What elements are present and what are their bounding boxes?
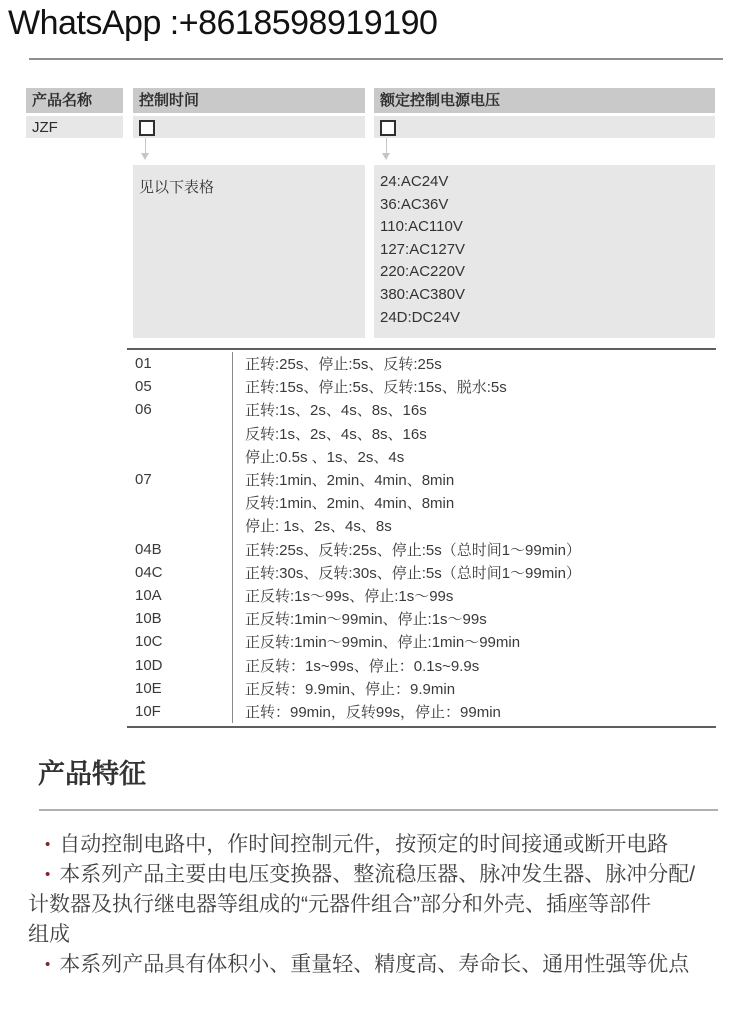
- time-code: [127, 445, 233, 468]
- feature-text: 自动控制电路中，作时间控制元件，按预定的时间接通或断开电路: [59, 833, 668, 856]
- time-description: 正转:1s、2s、4s、8s、16s: [233, 398, 427, 421]
- time-description: 正反转:1s～99s、停止:1s～99s: [233, 584, 453, 607]
- time-code: 10C: [127, 630, 233, 653]
- feature-text: 本系列产品具有体积小、重量轻、精度高、寿命长、通用性强等优点: [59, 953, 689, 976]
- bullet-icon: •: [45, 830, 50, 860]
- spec-col-header-voltage: 额定控制电源电压: [374, 88, 715, 113]
- table-row: 04C 正转:30s、反转:30s、停止:5s（总时间1～99min）: [127, 561, 716, 584]
- features-heading: 产品特征: [38, 752, 146, 791]
- voltage-option-cell: [374, 116, 715, 138]
- time-description: 正反转：1s~99s、停止：0.1s~9.9s: [233, 653, 479, 676]
- table-row: 10D 正反转：1s~99s、停止：0.1s~9.9s: [127, 653, 716, 676]
- table-row: 停止: 1s、2s、4s、8s: [127, 514, 716, 537]
- time-code: 04B: [127, 538, 233, 561]
- voltage-option: 110:AC110V: [380, 216, 715, 239]
- table-row: 反转:1s、2s、4s、8s、16s: [127, 422, 716, 445]
- time-description: 正转：99min，反转99s，停止：99min: [233, 700, 501, 723]
- time-code: [127, 422, 233, 445]
- table-row: 10B 正反转:1min～99min、停止:1s～99s: [127, 607, 716, 630]
- time-description: 反转:1min、2min、4min、8min: [233, 491, 454, 514]
- time-code: 05: [127, 375, 233, 398]
- time-code: 10D: [127, 653, 233, 676]
- time-description: 停止: 1s、2s、4s、8s: [233, 514, 392, 537]
- time-description: 停止:0.5s 、1s、2s、4s: [233, 445, 404, 468]
- feature-text: 计数器及执行继电器等组成的“元器件组合”部分和外壳、插座等部件: [28, 893, 651, 916]
- table-row: 10A 正反转:1s～99s、停止:1s～99s: [127, 584, 716, 607]
- feature-line: •自动控制电路中，作时间控制元件，按预定的时间接通或断开电路: [28, 830, 734, 860]
- table-row: 07 正转:1min、2min、4min、8min: [127, 468, 716, 491]
- time-description: 正反转：9.9min、停止：9.9min: [233, 677, 455, 700]
- table-row: 06 正转:1s、2s、4s、8s、16s: [127, 398, 716, 421]
- time-description: 反转:1s、2s、4s、8s、16s: [233, 422, 427, 445]
- time-description: 正转:25s、停止:5s、反转:25s: [233, 352, 442, 375]
- time-code: 10F: [127, 700, 233, 723]
- feature-line: 计数器及执行继电器等组成的“元器件组合”部分和外壳、插座等部件: [28, 890, 734, 920]
- table-row: 反转:1min、2min、4min、8min: [127, 491, 716, 514]
- voltage-option: 127:AC127V: [380, 239, 715, 262]
- product-spec-page: WhatsApp :+8618598919190 产品名称 控制时间 额定控制电…: [0, 0, 750, 1021]
- time-code: 07: [127, 468, 233, 491]
- bullet-icon: •: [45, 860, 50, 890]
- checkbox-icon[interactable]: [139, 120, 155, 136]
- time-code: 10B: [127, 607, 233, 630]
- table-row: 01 正转:25s、停止:5s、反转:25s: [127, 352, 716, 375]
- time-description: 正转:15s、停止:5s、反转:15s、脱水:5s: [233, 375, 507, 398]
- table-row: 10C 正反转:1min～99min、停止:1min～99min: [127, 630, 716, 653]
- table-row: 停止:0.5s 、1s、2s、4s: [127, 445, 716, 468]
- time-code: 10E: [127, 677, 233, 700]
- feature-line: •本系列产品具有体积小、重量轻、精度高、寿命长、通用性强等优点: [28, 950, 734, 980]
- product-name-value: JZF: [26, 116, 123, 138]
- spec-col-header-product-name: 产品名称: [26, 88, 123, 113]
- time-description: 正反转:1min～99min、停止:1s～99s: [233, 607, 487, 630]
- time-code: [127, 491, 233, 514]
- features-divider: [39, 809, 718, 811]
- title-divider: [29, 58, 723, 60]
- time-code-table: 01 正转:25s、停止:5s、反转:25s 05 正转:15s、停止:5s、反…: [127, 348, 716, 728]
- feature-text: 本系列产品主要由电压变换器、整流稳压器、脉冲发生器、脉冲分配/: [59, 863, 695, 886]
- feature-text: 组成: [28, 923, 70, 946]
- time-description: 正转:30s、反转:30s、停止:5s（总时间1～99min）: [233, 561, 581, 584]
- voltage-option: 24:AC24V: [380, 171, 715, 194]
- time-code: 01: [127, 352, 233, 375]
- table-row: 10E 正反转：9.9min、停止：9.9min: [127, 677, 716, 700]
- voltage-options-box: 24:AC24V 36:AC36V 110:AC110V 127:AC127V …: [374, 165, 715, 338]
- time-code: 04C: [127, 561, 233, 584]
- checkbox-icon[interactable]: [380, 120, 396, 136]
- feature-line: •本系列产品主要由电压变换器、整流稳压器、脉冲发生器、脉冲分配/: [28, 860, 734, 890]
- table-row: 05 正转:15s、停止:5s、反转:15s、脱水:5s: [127, 375, 716, 398]
- spec-col-header-control-time: 控制时间: [133, 88, 365, 113]
- down-arrow-icon: [145, 138, 146, 158]
- time-code: 06: [127, 398, 233, 421]
- feature-line: 组成: [28, 920, 734, 950]
- time-description: 正转:1min、2min、4min、8min: [233, 468, 454, 491]
- voltage-option: 36:AC36V: [380, 194, 715, 217]
- voltage-option: 24D:DC24V: [380, 307, 715, 330]
- voltage-option: 380:AC380V: [380, 284, 715, 307]
- table-row: 10F 正转：99min，反转99s，停止：99min: [127, 700, 716, 723]
- control-time-option-cell: [133, 116, 365, 138]
- time-code: 10A: [127, 584, 233, 607]
- bullet-icon: •: [45, 950, 50, 980]
- time-description: 正转:25s、反转:25s、停止:5s（总时间1～99min）: [233, 538, 581, 561]
- voltage-option: 220:AC220V: [380, 261, 715, 284]
- time-code: [127, 514, 233, 537]
- time-description: 正反转:1min～99min、停止:1min～99min: [233, 630, 520, 653]
- table-row: 04B 正转:25s、反转:25s、停止:5s（总时间1～99min）: [127, 538, 716, 561]
- control-time-note-box: 见以下表格: [133, 165, 365, 338]
- whatsapp-contact-title: WhatsApp :+8618598919190: [8, 4, 437, 43]
- features-list: •自动控制电路中，作时间控制元件，按预定的时间接通或断开电路 •本系列产品主要由…: [28, 830, 734, 980]
- down-arrow-icon: [386, 138, 387, 158]
